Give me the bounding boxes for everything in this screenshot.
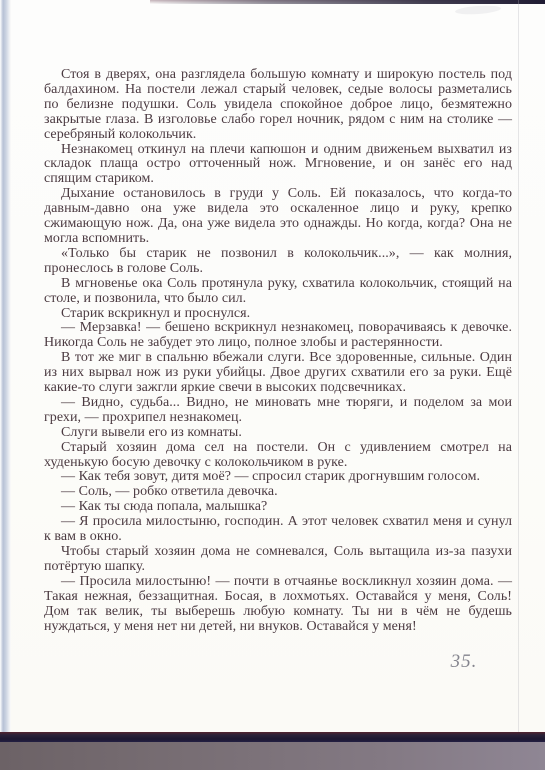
paragraph: В мгновенье ока Соль протянула руку, схв… (44, 277, 512, 307)
paragraph: Слуги вывели его из комнаты. (44, 426, 512, 441)
text-block: Стоя в дверях, она разглядела большую ко… (44, 68, 512, 634)
paragraph: Незнакомец откинул на плечи капюшон и од… (44, 143, 512, 188)
paragraph: Чтобы старый хозяин дома не сомневался, … (44, 545, 512, 575)
paragraph: Старик вскрикнул и проснулся. (44, 307, 512, 322)
paragraph: — Мерзавка! — бешено вскрикнул незнакоме… (44, 321, 512, 351)
scan-top-edge (150, 0, 545, 4)
page-crease (518, 0, 519, 733)
paragraph: — Как тебя зовут, дитя моё? — спросил ст… (44, 470, 512, 485)
paragraph: — Просила милостыню! — почти в отчаянье … (44, 575, 512, 635)
paragraph: Стоя в дверях, она разглядела большую ко… (44, 68, 512, 143)
book-edge-band (0, 732, 545, 742)
scan-gutter-strip (0, 0, 11, 733)
paragraph: — Я просила милостыню, господин. А этот … (44, 515, 512, 545)
paragraph: — Соль, — робко ответила девочка. (44, 485, 512, 500)
paragraph: Старый хозяин дома сел на постели. Он с … (44, 441, 512, 471)
paragraph: В тот же миг в спальню вбежали слуги. Вс… (44, 351, 512, 396)
scanned-book-page: { "page": { "number": "35.", "paragraphs… (0, 0, 545, 770)
paragraph: «Только бы старик не позвонил в колоколь… (44, 247, 512, 277)
scanner-background-band (0, 742, 545, 770)
paragraph: — Видно, судьба... Видно, не миновать мн… (44, 396, 512, 426)
page-number: 35. (433, 651, 495, 673)
paragraph: Дыхание остановилось в груди у Соль. Ей … (44, 187, 512, 247)
paragraph: — Как ты сюда попала, малышка? (44, 500, 512, 515)
